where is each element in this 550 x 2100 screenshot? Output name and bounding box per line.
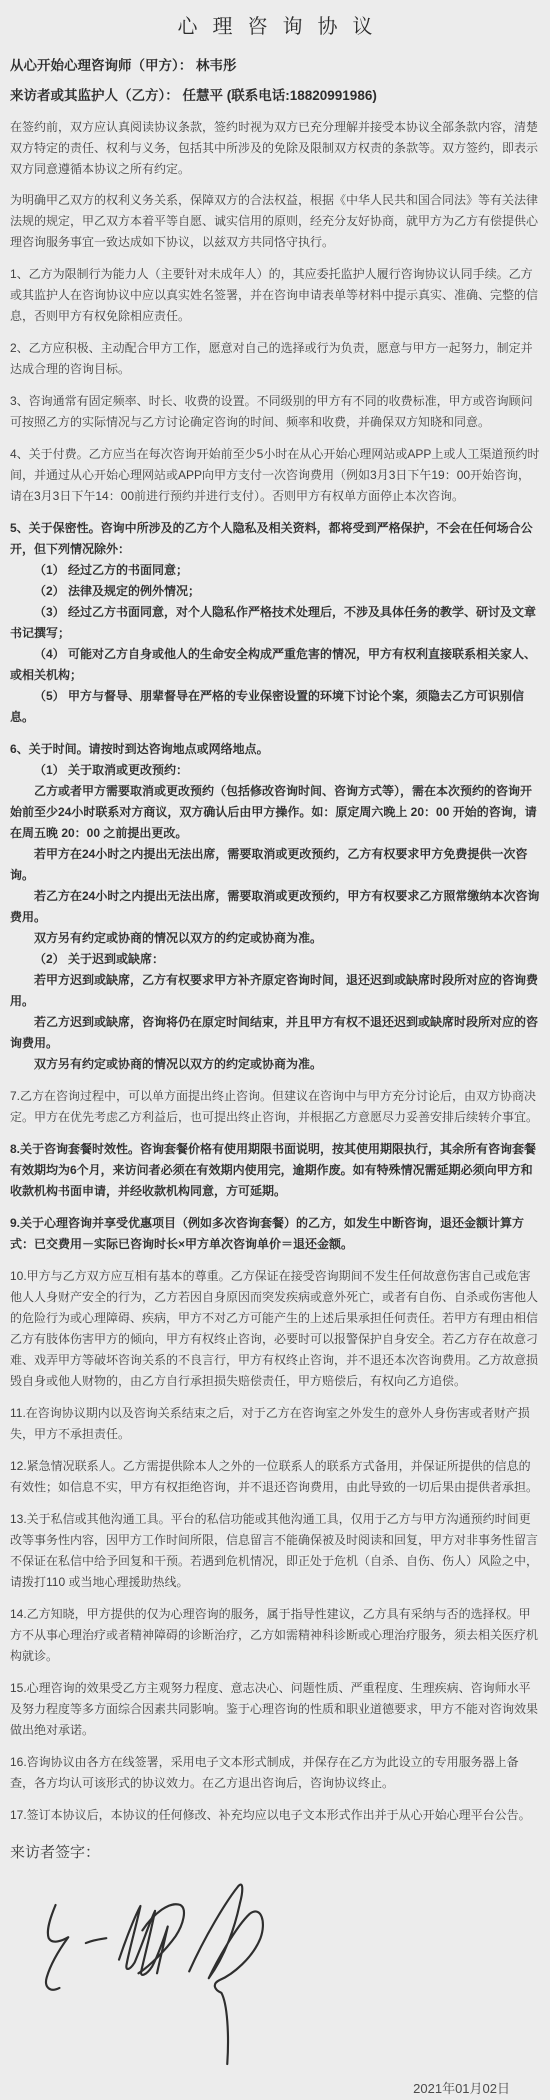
visitor-signature-label: 来访者签字： <box>10 1842 540 1864</box>
section-6-item-1-para-d: 双方另有约定或协商的情况以双方的约定或协商为准。 <box>10 928 540 949</box>
section-4: 4、关于付费。乙方应当在每次咨询开始前至少5小时在从心开始心理网站或APP上或人… <box>10 444 540 507</box>
section-17: 17.签订本协议后，本协议的任何修改、补充均应以电子文本形式作出并于从心开始心理… <box>10 1805 540 1826</box>
signature-date: 2021年01月02日 <box>10 2078 540 2099</box>
section-7: 7.乙方在咨询过程中，可以单方面提出终止咨询。但建议在咨询中与甲方充分讨论后，由… <box>10 1086 540 1128</box>
section-5-item-5: （5） 甲方与督导、朋辈督导在严格的专业保密设置的环境下讨论个案，须隐去乙方可识… <box>10 686 540 728</box>
agreement-page: 心理咨询协议 从心开始心理咨询师（甲方）： 林韦彤 来访者或其监护人（乙方）： … <box>0 0 550 2099</box>
section-5-item-2: （2） 法律及规定的例外情况； <box>10 581 540 602</box>
section-16: 16.咨询协议由各方在线签署，采用电子文本形式制成，并保存在乙方为此设立的专用服… <box>10 1752 540 1794</box>
section-11: 11.在咨询协议期内以及咨询关系结束之后，对于乙方在咨询室之外发生的意外人身伤害… <box>10 1403 540 1445</box>
section-6-item-1-para-c: 若乙方在24小时之内提出无法出席，需要取消或更改预约，甲方有权要求乙方照常缴纳本… <box>10 886 540 928</box>
section-6-item-2-para-a: 若甲方迟到或缺席，乙方有权要求甲方补齐原定咨询时间，退还迟到或缺席时段所对应的咨… <box>10 970 540 1012</box>
section-6-item-2: （2） 关于迟到或缺席： <box>10 949 540 970</box>
party-a-line: 从心开始心理咨询师（甲方）： 林韦彤 <box>10 55 540 77</box>
section-14: 14.乙方知晓，甲方提供的仅为心理咨询的服务，属于指导性建议，乙方具有采纳与否的… <box>10 1604 540 1667</box>
section-12: 12.紧急情况联系人。乙方需提供除本人之外的一位联系人的联系方式备用，并保证所提… <box>10 1456 540 1498</box>
section-6-item-1-para-b: 若甲方在24小时之内提出无法出席，需要取消或更改预约，乙方有权要求甲方免费提供一… <box>10 844 540 886</box>
section-5-item-4: （4） 可能对乙方自身或他人的生命安全构成严重危害的情况，甲方有权利直接联系相关… <box>10 644 540 686</box>
section-5: 5、关于保密性。咨询中所涉及的乙方个人隐私及相关资料，都将受到严格保护，不会在任… <box>10 518 540 560</box>
intro-paragraph-1: 在签约前，双方应认真阅读协议条款，签约时视为双方已充分理解并接受本协议全部条款内… <box>10 117 540 180</box>
section-2: 2、乙方应积极、主动配合甲方工作，愿意对自己的选择或行为负责，愿意与甲方一起努力… <box>10 338 540 380</box>
section-15: 15.心理咨询的效果受乙方主观努力程度、意志决心、问题性质、严重程度、生理疾病、… <box>10 1678 540 1741</box>
section-9: 9.关于心理咨询并享受优惠项目（例如多次咨询套餐）的乙方，如发生中断咨询，退还金… <box>10 1213 540 1255</box>
visitor-signature <box>38 1866 278 2066</box>
section-6: 6、关于时间。请按时到达咨询地点或网络地点。 <box>10 739 540 760</box>
section-5-item-3: （3） 经过乙方书面同意，对个人隐私作严格技术处理后，不涉及具体任务的教学、研讨… <box>10 602 540 644</box>
section-5-item-1: （1） 经过乙方的书面同意； <box>10 560 540 581</box>
section-6-item-1-para-a: 乙方或者甲方需要取消或更改预约（包括修改咨询时间、咨询方式等），需在本次预约的咨… <box>10 781 540 844</box>
section-10: 10.甲方与乙方双方应互相有基本的尊重。乙方保证在接受咨询期间不发生任何故意伤害… <box>10 1266 540 1392</box>
section-6-item-2-para-b: 若乙方迟到或缺席，咨询将仍在原定时间结束，并且甲方有权不退还迟到或缺席时段所对应… <box>10 1012 540 1054</box>
party-b-line: 来访者或其监护人（乙方）： 任慧平 (联系电话:18820991986) <box>10 85 540 107</box>
section-3: 3、咨询通常有固定频率、时长、收费的设置。不同级别的甲方有不同的收费标准，甲方或… <box>10 391 540 433</box>
section-6-item-1: （1） 关于取消或更改预约： <box>10 760 540 781</box>
section-1: 1、乙方为限制行为能力人（主要针对未成年人）的，其应委托监护人履行咨询协议认同手… <box>10 264 540 327</box>
section-8: 8.关于咨询套餐时效性。咨询套餐价格有使用期限书面说明，按其使用期限执行，其余所… <box>10 1139 540 1202</box>
section-6-item-2-para-c: 双方另有约定或协商的情况以双方的约定或协商为准。 <box>10 1054 540 1075</box>
intro-paragraph-2: 为明确甲乙双方的权利义务关系，保障双方的合法权益，根据《中华人民共和国合同法》等… <box>10 190 540 253</box>
document-title: 心理咨询协议 <box>10 10 540 39</box>
section-13: 13.关于私信或其他沟通工具。平台的私信功能或其他沟通工具，仅用于乙方与甲方沟通… <box>10 1509 540 1593</box>
